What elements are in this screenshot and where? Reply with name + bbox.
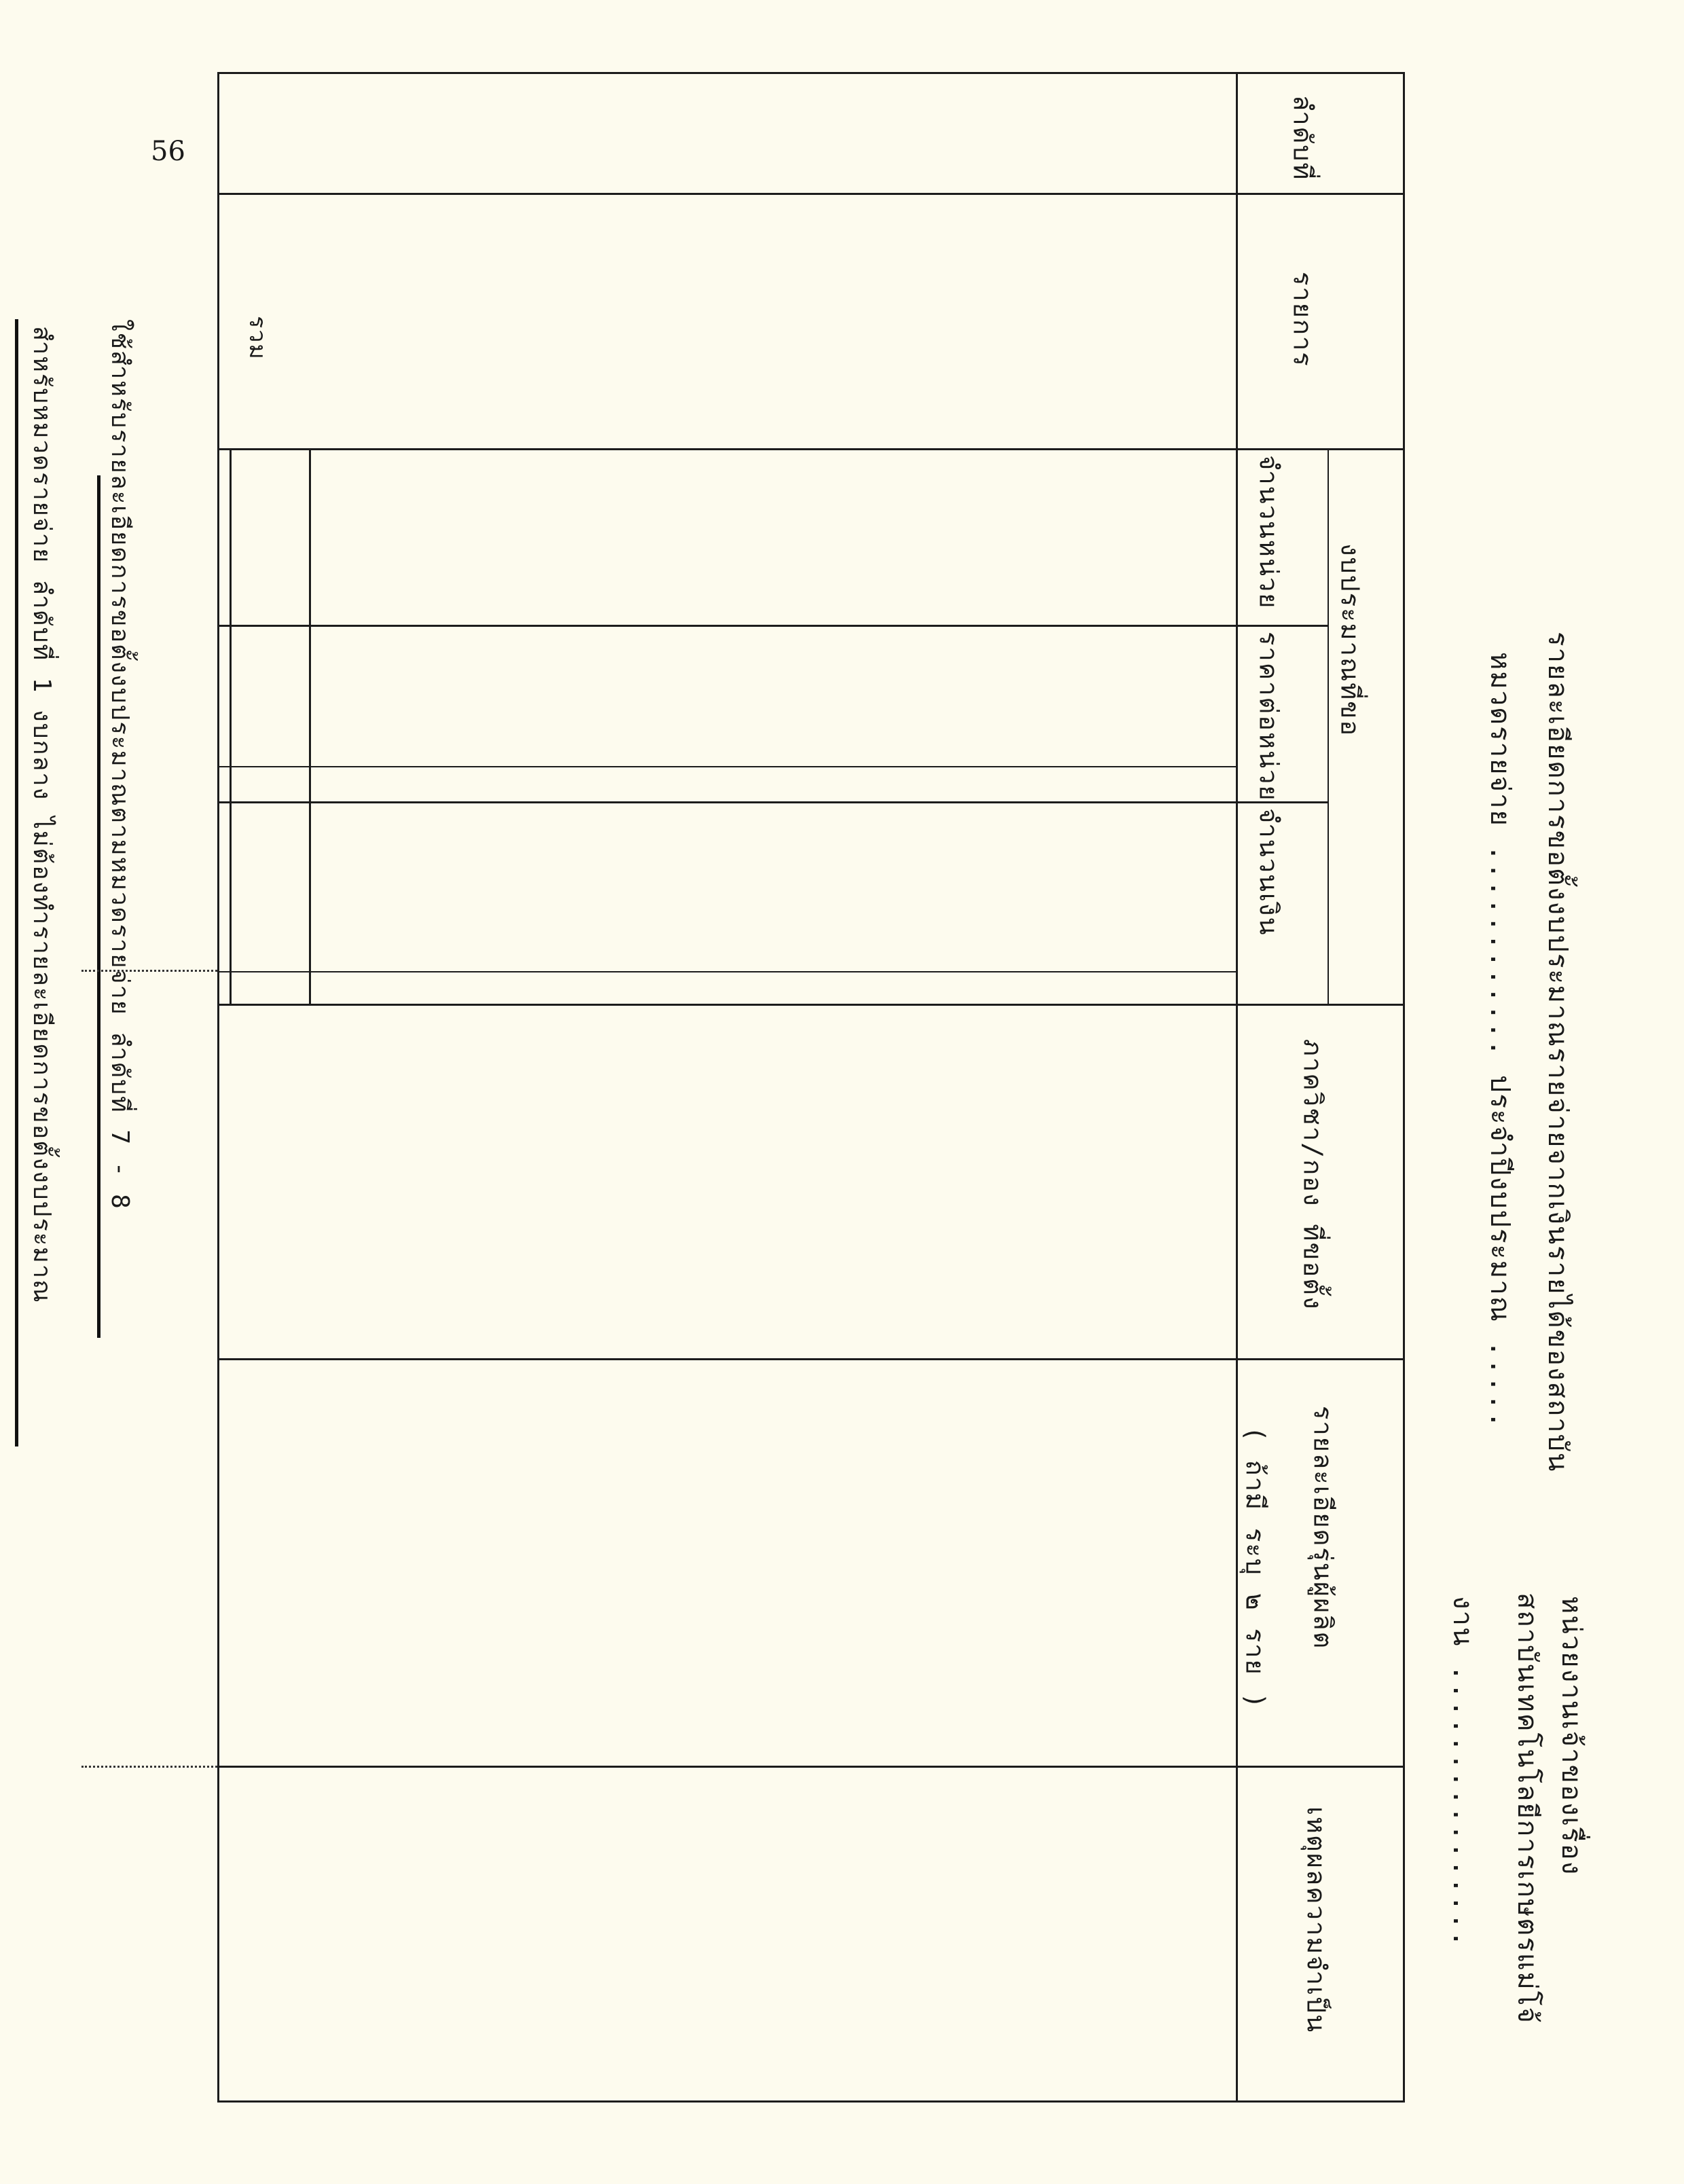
note-general-budget: สำหรับหมวดรายจ่าย ลำดับที่ 1 งบกลาง ไม่ต… [27,326,56,1304]
header-item: รายการ [1287,272,1318,367]
header-unit-price: ราคาต่อหน่วย [1253,632,1284,802]
form-subtitle: หมวดรายจ่าย ............ ประจำปีงบประมาณ… [1484,652,1516,1429]
header-amount: จำนวนเงิน [1253,808,1284,936]
header-seq: ลำดับที่ [1287,95,1318,181]
table-left-border [217,72,219,2103]
total-label: รวม [243,316,271,361]
header-department: ภาควิชา/กอง ที่ขอตั้ง [1297,1039,1328,1311]
form-title: รายละเอียดการขอตั้งงบประมาณรายจ่ายจากเงิ… [1541,632,1574,1472]
total-strip-line-inner [309,448,311,1004]
total-strip-line-outer [230,448,232,1004]
col-boundary-seq-item [219,193,1404,195]
fold-marker-2 [81,1766,217,1768]
owner-institution: สถาบันเทคโนโลยีการเกษตรแม่โจ้ [1511,1592,1543,2024]
owner-label: หน่วยงานเจ้าของเรื่อง [1555,1596,1588,1876]
header-spec-note: ( ถ้ามี ระบุ ๒ ราย ) [1239,1426,1270,1710]
budget-subheader-divider [1328,448,1329,1004]
cell-item[interactable] [312,196,1233,447]
col-boundary-item-budget [219,448,1404,450]
header-budget-group: งบประมาณที่ขอ [1334,543,1366,737]
fold-marker-1 [81,970,217,972]
note1-underline [15,319,18,1446]
col-boundary-budget-dept [219,1004,1404,1006]
cell-reason[interactable] [221,1768,1233,2100]
col-boundary-dept-spec [219,1358,1404,1360]
owner-unit[interactable]: งาน ................ [1446,1596,1479,1948]
cell-units[interactable] [312,451,1233,623]
table-top-border [219,72,1404,74]
table-bottom-border [219,2100,1404,2103]
header-reason: เหตุผลความจำเป็น [1300,1806,1332,2033]
page-number: 56 [151,136,185,167]
col-boundary-units-price [219,625,1328,627]
table-right-border [1403,72,1405,2103]
header-spec: รายละเอียดรุ่นผู้ผลิต [1307,1406,1338,1650]
cell-seq[interactable] [312,75,1233,192]
cell-amount[interactable] [312,804,1233,970]
cell-spec[interactable] [221,1361,1233,1764]
cell-department[interactable] [221,1006,1233,1357]
header-divider [1236,72,1238,2103]
cell-unit-price[interactable] [312,627,1233,800]
note-categories-7-8: ใช้สำหรับรายละเอียดการขอตั้งงบประมาณตามห… [105,319,134,1210]
col-boundary-price-amount [219,801,1328,803]
note2-underline [97,475,100,1338]
amount-total-line [219,971,1236,972]
header-units: จำนวนหน่วย [1253,455,1284,610]
col-boundary-spec-reason [219,1766,1404,1768]
